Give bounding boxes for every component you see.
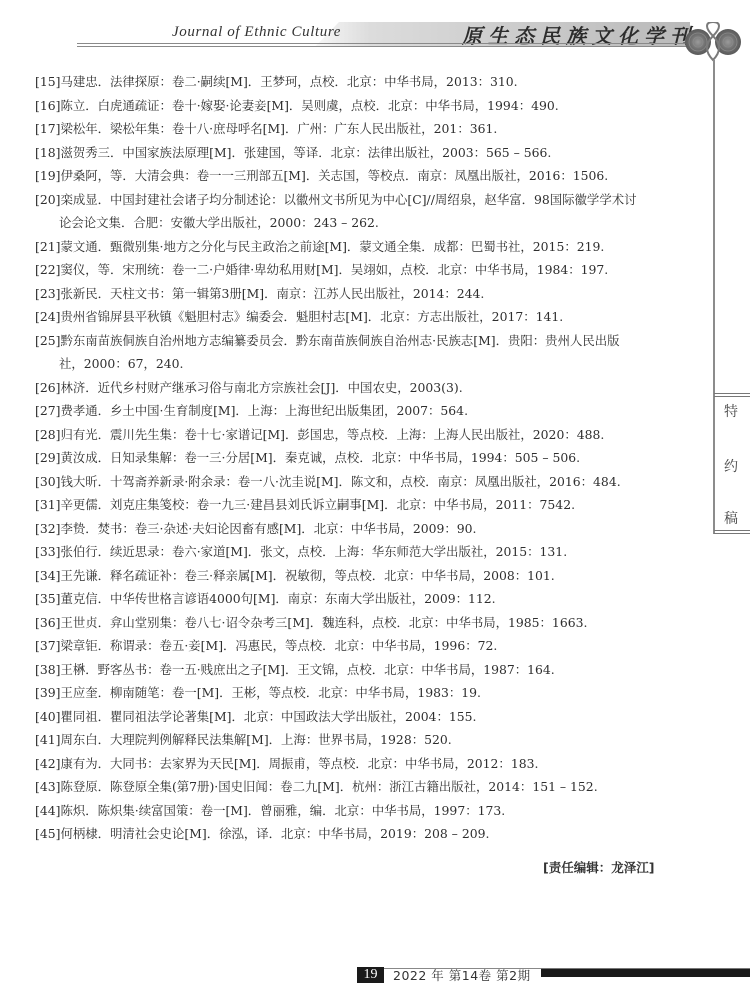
reference-item: [19]伊桑阿，等．大清会典：卷一一三刑部五[M]．关志国，等校点．南京：凤凰出… xyxy=(35,164,685,188)
reference-item: [34]王先谦．释名疏证补：卷三·释亲属[M]．祝敏彻，等点校．北京：中华书局，… xyxy=(35,564,685,588)
reference-item: [31]辛更儒．刘克庄集笺校：卷一九三·建昌县刘氏诉立嗣事[M]．北京：中华书局… xyxy=(35,493,685,517)
reference-text: 梁松年．梁松年集：卷十八·庶母呼名[M]．广州：广东人民出版社，201：361. xyxy=(60,121,497,136)
reference-number: [40] xyxy=(35,709,60,724)
reference-number: [16] xyxy=(35,98,60,113)
reference-text: 康有为．大同书：去家界为天民[M]．周振甫，等点校．北京：中华书局，2012：1… xyxy=(60,756,538,771)
section-tab-char: 特 xyxy=(724,401,738,421)
reference-item: [45]何柄棣．明清社会史论[M]．徐泓，译．北京：中华书局，2019：208 … xyxy=(35,822,685,846)
reference-item: [28]归有光．震川先生集：卷十七·家谱记[M]．彭国忠，等点校．上海：上海人民… xyxy=(35,423,685,447)
section-tab: 特 约 稿 xyxy=(714,393,750,534)
issue-info: 2022 年 第14卷 第2期 xyxy=(393,966,531,984)
reference-text: 李贽．焚书：卷三·杂述·夫妇论因畜有感[M]．北京：中华书局，2009：90. xyxy=(60,521,476,536)
reference-text: 蒙文通．甄微别集·地方之分化与民主政治之前途[M]．蒙文通全集．成都：巴蜀书社，… xyxy=(60,239,604,254)
reference-item: [22]窦仪，等．宋刑统：卷一二·户婚律·卑幼私用财[M]．吴翊如，点校．北京：… xyxy=(35,258,685,282)
reference-number: [36] xyxy=(35,615,60,630)
reference-item: [33]张伯行．续近思录：卷六·家道[M]．张文，点校．上海：华东师范大学出版社… xyxy=(35,540,685,564)
reference-text: 贵州省锦屏县平秋镇《魁胆村志》编委会．魁胆村志[M]．北京：方志出版社，2017… xyxy=(60,309,563,324)
reference-text-continued: 社，2000：67，240. xyxy=(35,356,183,371)
reference-text: 辛更儒．刘克庄集笺校：卷一九三·建昌县刘氏诉立嗣事[M]．北京：中华书局，201… xyxy=(60,497,575,512)
page-header: Journal of Ethnic Culture 原生态民族文化学刊 xyxy=(0,0,750,70)
reference-item: [20]栾成显．中国封建社会诸子均分制述论：以徽州文书所见为中心[C]//周绍泉… xyxy=(35,188,685,212)
reference-number: [34] xyxy=(35,568,60,583)
page-number: 19 xyxy=(357,967,384,983)
reference-text: 何柄棣．明清社会史论[M]．徐泓，译．北京：中华书局，2019：208 – 20… xyxy=(60,826,489,841)
reference-number: [38] xyxy=(35,662,60,677)
reference-text: 马建忠．法律探原：卷二·嗣续[M]．王梦珂，点校．北京：中华书局，2013：31… xyxy=(60,74,517,89)
reference-item: [16]陈立．白虎通疏证：卷十·嫁娶·论妻妾[M]．吴则虞，点校．北京：中华书局… xyxy=(35,94,685,118)
reference-item: [39]王应奎．柳南随笔：卷一[M]．王彬，等点校．北京：中华书局，1983：1… xyxy=(35,681,685,705)
reference-item: [38]王楙．野客丛书：卷一五·贱庶出之子[M]．王文锦，点校．北京：中华书局，… xyxy=(35,658,685,682)
section-tab-char: 稿 xyxy=(724,508,738,528)
reference-item: [21]蒙文通．甄微别集·地方之分化与民主政治之前途[M]．蒙文通全集．成都：巴… xyxy=(35,235,685,259)
reference-item: [24]贵州省锦屏县平秋镇《魁胆村志》编委会．魁胆村志[M]．北京：方志出版社，… xyxy=(35,305,685,329)
reference-text: 王世贞．弇山堂别集：卷八七·诏令杂考三[M]．魏连科，点校．北京：中华书局，19… xyxy=(60,615,587,630)
reference-number: [28] xyxy=(35,427,60,442)
reference-item: [18]滋贺秀三．中国家族法原理[M]．张建国，等译．北京：法律出版社，2003… xyxy=(35,141,685,165)
reference-number: [33] xyxy=(35,544,60,559)
reference-number: [19] xyxy=(35,168,60,183)
reference-text: 费孝通．乡土中国·生育制度[M]．上海：上海世纪出版集团，2007：564. xyxy=(60,403,468,418)
reference-text: 张新民．天柱文书：第一辑第3册[M]．南京：江苏人民出版社，2014：244. xyxy=(60,286,484,301)
reference-item: [29]黄汝成．日知录集解：卷一三·分居[M]．秦克诚，点校．北京：中华书局，1… xyxy=(35,446,685,470)
reference-text: 陈登原．陈登原全集(第7册)·国史旧闻：卷二九[M]．杭州：浙江古籍出版社，20… xyxy=(60,779,597,794)
header-rule xyxy=(77,43,707,44)
reference-text: 黔东南苗族侗族自治州地方志编纂委员会．黔东南苗族侗族自治州志·民族志[M]．贵阳… xyxy=(60,333,619,348)
reference-text: 梁章钜．称谓录：卷五·妾[M]．冯惠民，等点校．北京：中华书局，1996：72. xyxy=(60,638,497,653)
reference-item: [32]李贽．焚书：卷三·杂述·夫妇论因畜有感[M]．北京：中华书局，2009：… xyxy=(35,517,685,541)
reference-item: [27]费孝通．乡土中国·生育制度[M]．上海：上海世纪出版集团，2007：56… xyxy=(35,399,685,423)
reference-number: [26] xyxy=(35,380,60,395)
reference-number: [43] xyxy=(35,779,60,794)
reference-number: [23] xyxy=(35,286,60,301)
reference-text: 陈立．白虎通疏证：卷十·嫁娶·论妻妾[M]．吴则虞，点校．北京：中华书局，199… xyxy=(60,98,558,113)
reference-number: [32] xyxy=(35,521,60,536)
reference-text: 伊桑阿，等．大清会典：卷一一三刑部五[M]．关志国，等校点．南京：凤凰出版社，2… xyxy=(60,168,608,183)
reference-item: 论会论文集．合肥：安徽大学出版社，2000：243 – 262. xyxy=(35,211,685,235)
reference-item: [35]董克信．中华传世格言谚语4000句[M]．南京：东南大学出版社，2009… xyxy=(35,587,685,611)
reference-number: [20] xyxy=(35,192,60,207)
tab-rule-bottom xyxy=(714,530,750,534)
reference-text: 瞿同祖．瞿同祖法学论著集[M]．北京：中国政法大学出版社，2004：155. xyxy=(60,709,476,724)
header-rule xyxy=(77,46,707,47)
reference-text: 王应奎．柳南随笔：卷一[M]．王彬，等点校．北京：中华书局，1983：19. xyxy=(60,685,481,700)
reference-item: [37]梁章钜．称谓录：卷五·妾[M]．冯惠民，等点校．北京：中华书局，1996… xyxy=(35,634,685,658)
reference-text-continued: 论会论文集．合肥：安徽大学出版社，2000：243 – 262. xyxy=(35,215,379,230)
reference-number: [25] xyxy=(35,333,60,348)
reference-item: [41]周东白．大理院判例解释民法集解[M]．上海：世界书局，1928：520. xyxy=(35,728,685,752)
reference-text: 陈炽．陈炽集·续富国策：卷一[M]．曾丽雅，编．北京：中华书局，1997：173… xyxy=(60,803,505,818)
reference-item: [23]张新民．天柱文书：第一辑第3册[M]．南京：江苏人民出版社，2014：2… xyxy=(35,282,685,306)
reference-number: [41] xyxy=(35,732,60,747)
reference-text: 王先谦．释名疏证补：卷三·释亲属[M]．祝敏彻，等点校．北京：中华书局，2008… xyxy=(60,568,554,583)
reference-number: [39] xyxy=(35,685,60,700)
journal-title-en: Journal of Ethnic Culture xyxy=(172,24,341,41)
reference-list: [15]马建忠．法律探原：卷二·嗣续[M]．王梦珂，点校．北京：中华书局，201… xyxy=(35,70,685,846)
reference-number: [37] xyxy=(35,638,60,653)
page-footer: 19 2022 年 第14卷 第2期 xyxy=(0,960,750,1000)
section-tab-char: 约 xyxy=(724,456,738,476)
reference-number: [21] xyxy=(35,239,60,254)
reference-item: [40]瞿同祖．瞿同祖法学论著集[M]．北京：中国政法大学出版社，2004：15… xyxy=(35,705,685,729)
reference-number: [30] xyxy=(35,474,60,489)
reference-text: 张伯行．续近思录：卷六·家道[M]．张文，点校．上海：华东师范大学出版社，201… xyxy=(60,544,567,559)
reference-item: [15]马建忠．法律探原：卷二·嗣续[M]．王梦珂，点校．北京：中华书局，201… xyxy=(35,70,685,94)
reference-item: [43]陈登原．陈登原全集(第7册)·国史旧闻：卷二九[M]．杭州：浙江古籍出版… xyxy=(35,775,685,799)
reference-text: 周东白．大理院判例解释民法集解[M]．上海：世界书局，1928：520. xyxy=(60,732,451,747)
reference-text: 归有光．震川先生集：卷十七·家谱记[M]．彭国忠，等点校．上海：上海人民出版社，… xyxy=(60,427,604,442)
reference-number: [15] xyxy=(35,74,60,89)
footer-bar xyxy=(541,968,750,977)
reference-number: [22] xyxy=(35,262,60,277)
reference-text: 黄汝成．日知录集解：卷一三·分居[M]．秦克诚，点校．北京：中华书局，1994：… xyxy=(60,450,580,465)
reference-number: [17] xyxy=(35,121,60,136)
reference-item: [30]钱大昕．十驾斋养新录·附余录：卷一八·沈圭说[M]．陈文和，点校．南京：… xyxy=(35,470,685,494)
reference-number: [18] xyxy=(35,145,60,160)
reference-item: [17]梁松年．梁松年集：卷十八·庶母呼名[M]．广州：广东人民出版社，201：… xyxy=(35,117,685,141)
reference-text: 窦仪，等．宋刑统：卷一二·户婚律·卑幼私用财[M]．吴翊如，点校．北京：中华书局… xyxy=(60,262,608,277)
reference-number: [31] xyxy=(35,497,60,512)
reference-item: [44]陈炽．陈炽集·续富国策：卷一[M]．曾丽雅，编．北京：中华书局，1997… xyxy=(35,799,685,823)
reference-number: [27] xyxy=(35,403,60,418)
journal-title-cn: 原生态民族文化学刊 xyxy=(462,20,696,49)
reference-text: 栾成显．中国封建社会诸子均分制述论：以徽州文书所见为中心[C]//周绍泉，赵华富… xyxy=(60,192,636,207)
reference-text: 林济．近代乡村财产继承习俗与南北方宗族社会[J]．中国农史，2003(3). xyxy=(60,380,462,395)
reference-item: 社，2000：67，240. xyxy=(35,352,685,376)
reference-text: 王楙．野客丛书：卷一五·贱庶出之子[M]．王文锦，点校．北京：中华书局，1987… xyxy=(60,662,554,677)
reference-number: [29] xyxy=(35,450,60,465)
reference-item: [36]王世贞．弇山堂别集：卷八七·诏令杂考三[M]．魏连科，点校．北京：中华书… xyxy=(35,611,685,635)
reference-text: 钱大昕．十驾斋养新录·附余录：卷一八·沈圭说[M]．陈文和，点校．南京：凤凰出版… xyxy=(60,474,620,489)
reference-text: 滋贺秀三．中国家族法原理[M]．张建国，等译．北京：法律出版社，2003：565… xyxy=(60,145,551,160)
reference-item: [26]林济．近代乡村财产继承习俗与南北方宗族社会[J]．中国农史，2003(3… xyxy=(35,376,685,400)
reference-text: 董克信．中华传世格言谚语4000句[M]．南京：东南大学出版社，2009：112… xyxy=(60,591,495,606)
reference-number: [44] xyxy=(35,803,60,818)
reference-number: [35] xyxy=(35,591,60,606)
reference-number: [45] xyxy=(35,826,60,841)
reference-number: [42] xyxy=(35,756,60,771)
editor-note: [责任编辑：龙泽江] xyxy=(543,858,654,876)
reference-item: [25]黔东南苗族侗族自治州地方志编纂委员会．黔东南苗族侗族自治州志·民族志[M… xyxy=(35,329,685,353)
reference-item: [42]康有为．大同书：去家界为天民[M]．周振甫，等点校．北京：中华书局，20… xyxy=(35,752,685,776)
reference-number: [24] xyxy=(35,309,60,324)
tab-rule-top xyxy=(714,393,750,397)
